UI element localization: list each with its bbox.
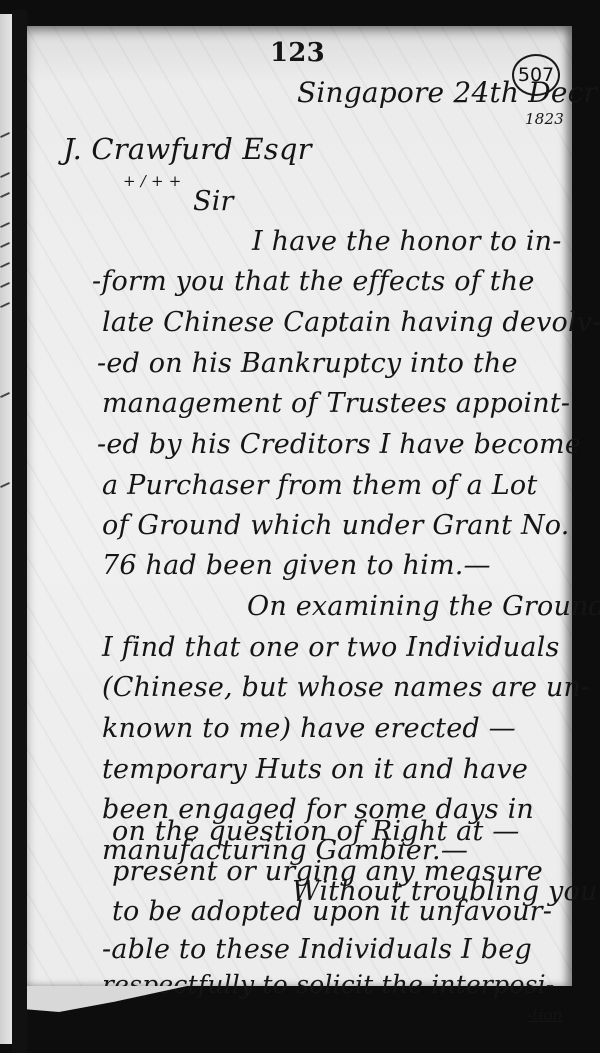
adjacent-page-edge: [0, 14, 12, 1044]
adjacent-page-ink-marks: [0, 14, 12, 1044]
body-line-23: -tion: [527, 1006, 563, 1024]
binding-gutter: [12, 10, 27, 1053]
body-line-21: -able to these Individuals I beg: [102, 934, 532, 965]
body-line-22: respectfully to solicit the interposi-: [102, 970, 554, 999]
body-line-20: to be adopted upon it unfavour-: [112, 896, 552, 927]
manuscript-page-continued: on the question of Right at — present or…: [27, 26, 572, 986]
torn-page-corner: [27, 986, 187, 1012]
body-line-18: on the question of Right at —: [112, 816, 519, 847]
body-line-19: present or urging any measure: [112, 856, 543, 887]
